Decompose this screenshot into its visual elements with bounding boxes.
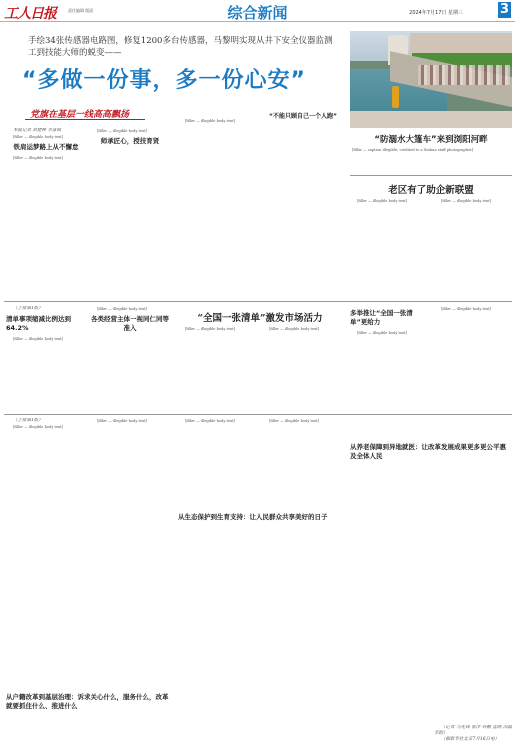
page-number-badge: 3	[498, 2, 511, 18]
bottom-subhead-1-block: 从户籍改革到基层治理：诉求关心什么，服务什么，改革就要抓住什么、推进什么	[6, 690, 170, 720]
bottom-subhead-3-block: 从养老保障到异地就医：让改革发展成果更多更公平惠及全体人民	[350, 440, 512, 470]
lead-column-3: [filler — illegible body text]	[178, 118, 258, 298]
lead-subhead-1: 铁肩运梦路上从不懈怠	[6, 143, 86, 152]
lead-kicker: 手绘34张传感器电路图，修复1200多台传感器，马黎明实现从井下安全仪器监测工到…	[28, 35, 338, 59]
column-tag-underline	[25, 119, 145, 120]
paragraph: [filler — illegible body text]	[6, 336, 86, 342]
lead-subhead-3: 师承匠心，授技育贤	[90, 137, 170, 146]
right-mid-headline: 多举推让“全国一张清单”更给力	[350, 309, 428, 327]
paragraph: [filler — illegible body text]	[6, 424, 86, 430]
paragraph: [filler — illegible body text]	[90, 306, 170, 312]
source-line: （据新华社北京7月16日电）	[434, 737, 512, 743]
paragraph: [filler — illegible body text]	[434, 198, 512, 204]
paragraph: [filler — illegible body text]	[350, 198, 428, 204]
signoff: （记者 马先锋 张洋 谷鹏 孟晓 冯磊 李韵）	[434, 725, 512, 737]
photo-caption: [filler — caption illegible; credited to…	[352, 147, 510, 153]
bottom-subhead-1: 从户籍改革到基层治理：诉求关心什么，服务什么，改革就要抓住什么、推进什么	[6, 693, 170, 711]
paragraph: [filler — illegible body text]	[178, 418, 258, 424]
mid-left-subhead: 各类经营主体一视同仁同等准入	[90, 315, 170, 333]
paragraph: [filler — illegible body text]	[350, 330, 428, 336]
lead-column-2: [filler — illegible body text] 师承匠心，授技育贤	[90, 128, 170, 298]
brief-column-1: [filler — illegible body text]	[350, 198, 428, 298]
issue-date: 2024年7月17日 星期三	[409, 9, 463, 16]
paragraph: [filler — illegible body text]	[6, 155, 86, 161]
right-mid-column-1: 多举推让“全国一张清单”更给力 [filler — illegible body…	[350, 306, 428, 410]
paragraph: [filler — illegible body text]	[90, 128, 170, 134]
paragraph: [filler — illegible body text]	[178, 326, 258, 332]
bottom-column-4: [filler — illegible body text]	[262, 418, 344, 746]
mid-left-column-2: [filler — illegible body text] 各类经营主体一视同…	[90, 306, 170, 410]
center-headline: “全国一张清单”激发市场活力	[175, 310, 345, 324]
bottom-subhead-2-block: 从生态保护到生育支持：让人民群众共享美好的日子	[178, 510, 344, 530]
right-mid-column-2: [filler — illegible body text]	[434, 306, 512, 410]
lead-column-1: 本报记者 刘建林 李彦斌 [filler — illegible body te…	[6, 128, 86, 298]
paragraph: [filler — illegible body text]	[178, 118, 258, 124]
dateline: （上接第1版）	[6, 306, 86, 312]
brief-headline: 老区有了助企新联盟	[350, 182, 512, 196]
lead-column-4: “不能只顾自己一个人跑”	[262, 112, 344, 298]
paragraph: [filler — illegible body text]	[90, 418, 170, 424]
divider	[4, 414, 512, 415]
lead-headline: “多做一份事，多一份心安”	[22, 63, 342, 94]
mid-left-headline: 清单事项缩减比例达到64.2%	[6, 315, 86, 333]
bottom-signoff-block: （记者 马先锋 张洋 谷鹏 孟晓 冯磊 李韵） （据新华社北京7月16日电）	[434, 725, 512, 747]
paragraph: [filler — illegible body text]	[262, 326, 344, 332]
mid-left-column-1: （上接第1版） 清单事项缩减比例达到64.2% [filler — illegi…	[6, 306, 86, 410]
divider	[350, 175, 512, 176]
news-photo	[350, 31, 512, 128]
lead-subhead-2: “不能只顾自己一个人跑”	[262, 114, 344, 120]
paragraph: [filler — illegible body text]	[262, 418, 344, 424]
paragraph: [filler — illegible body text]	[434, 306, 512, 312]
bottom-subhead-3: 从养老保障到异地就医：让改革发展成果更多更公平惠及全体人民	[350, 443, 512, 461]
masthead: 工人日报 责任编辑 版面 综合新闻 2024年7月17日 星期三 3	[0, 0, 515, 22]
paragraph: [filler — illegible body text]	[6, 134, 86, 140]
brief-column-2: [filler — illegible body text]	[434, 198, 512, 298]
center-column-2: [filler — illegible body text]	[262, 326, 344, 410]
bottom-column-3: [filler — illegible body text]	[178, 418, 258, 746]
divider	[4, 301, 512, 302]
photo-headline: “防溺水大篷车”来到浏阳河畔	[350, 133, 512, 145]
bottom-subhead-2: 从生态保护到生育支持：让人民群众共享美好的日子	[178, 513, 344, 522]
center-column-1: [filler — illegible body text]	[178, 326, 258, 410]
